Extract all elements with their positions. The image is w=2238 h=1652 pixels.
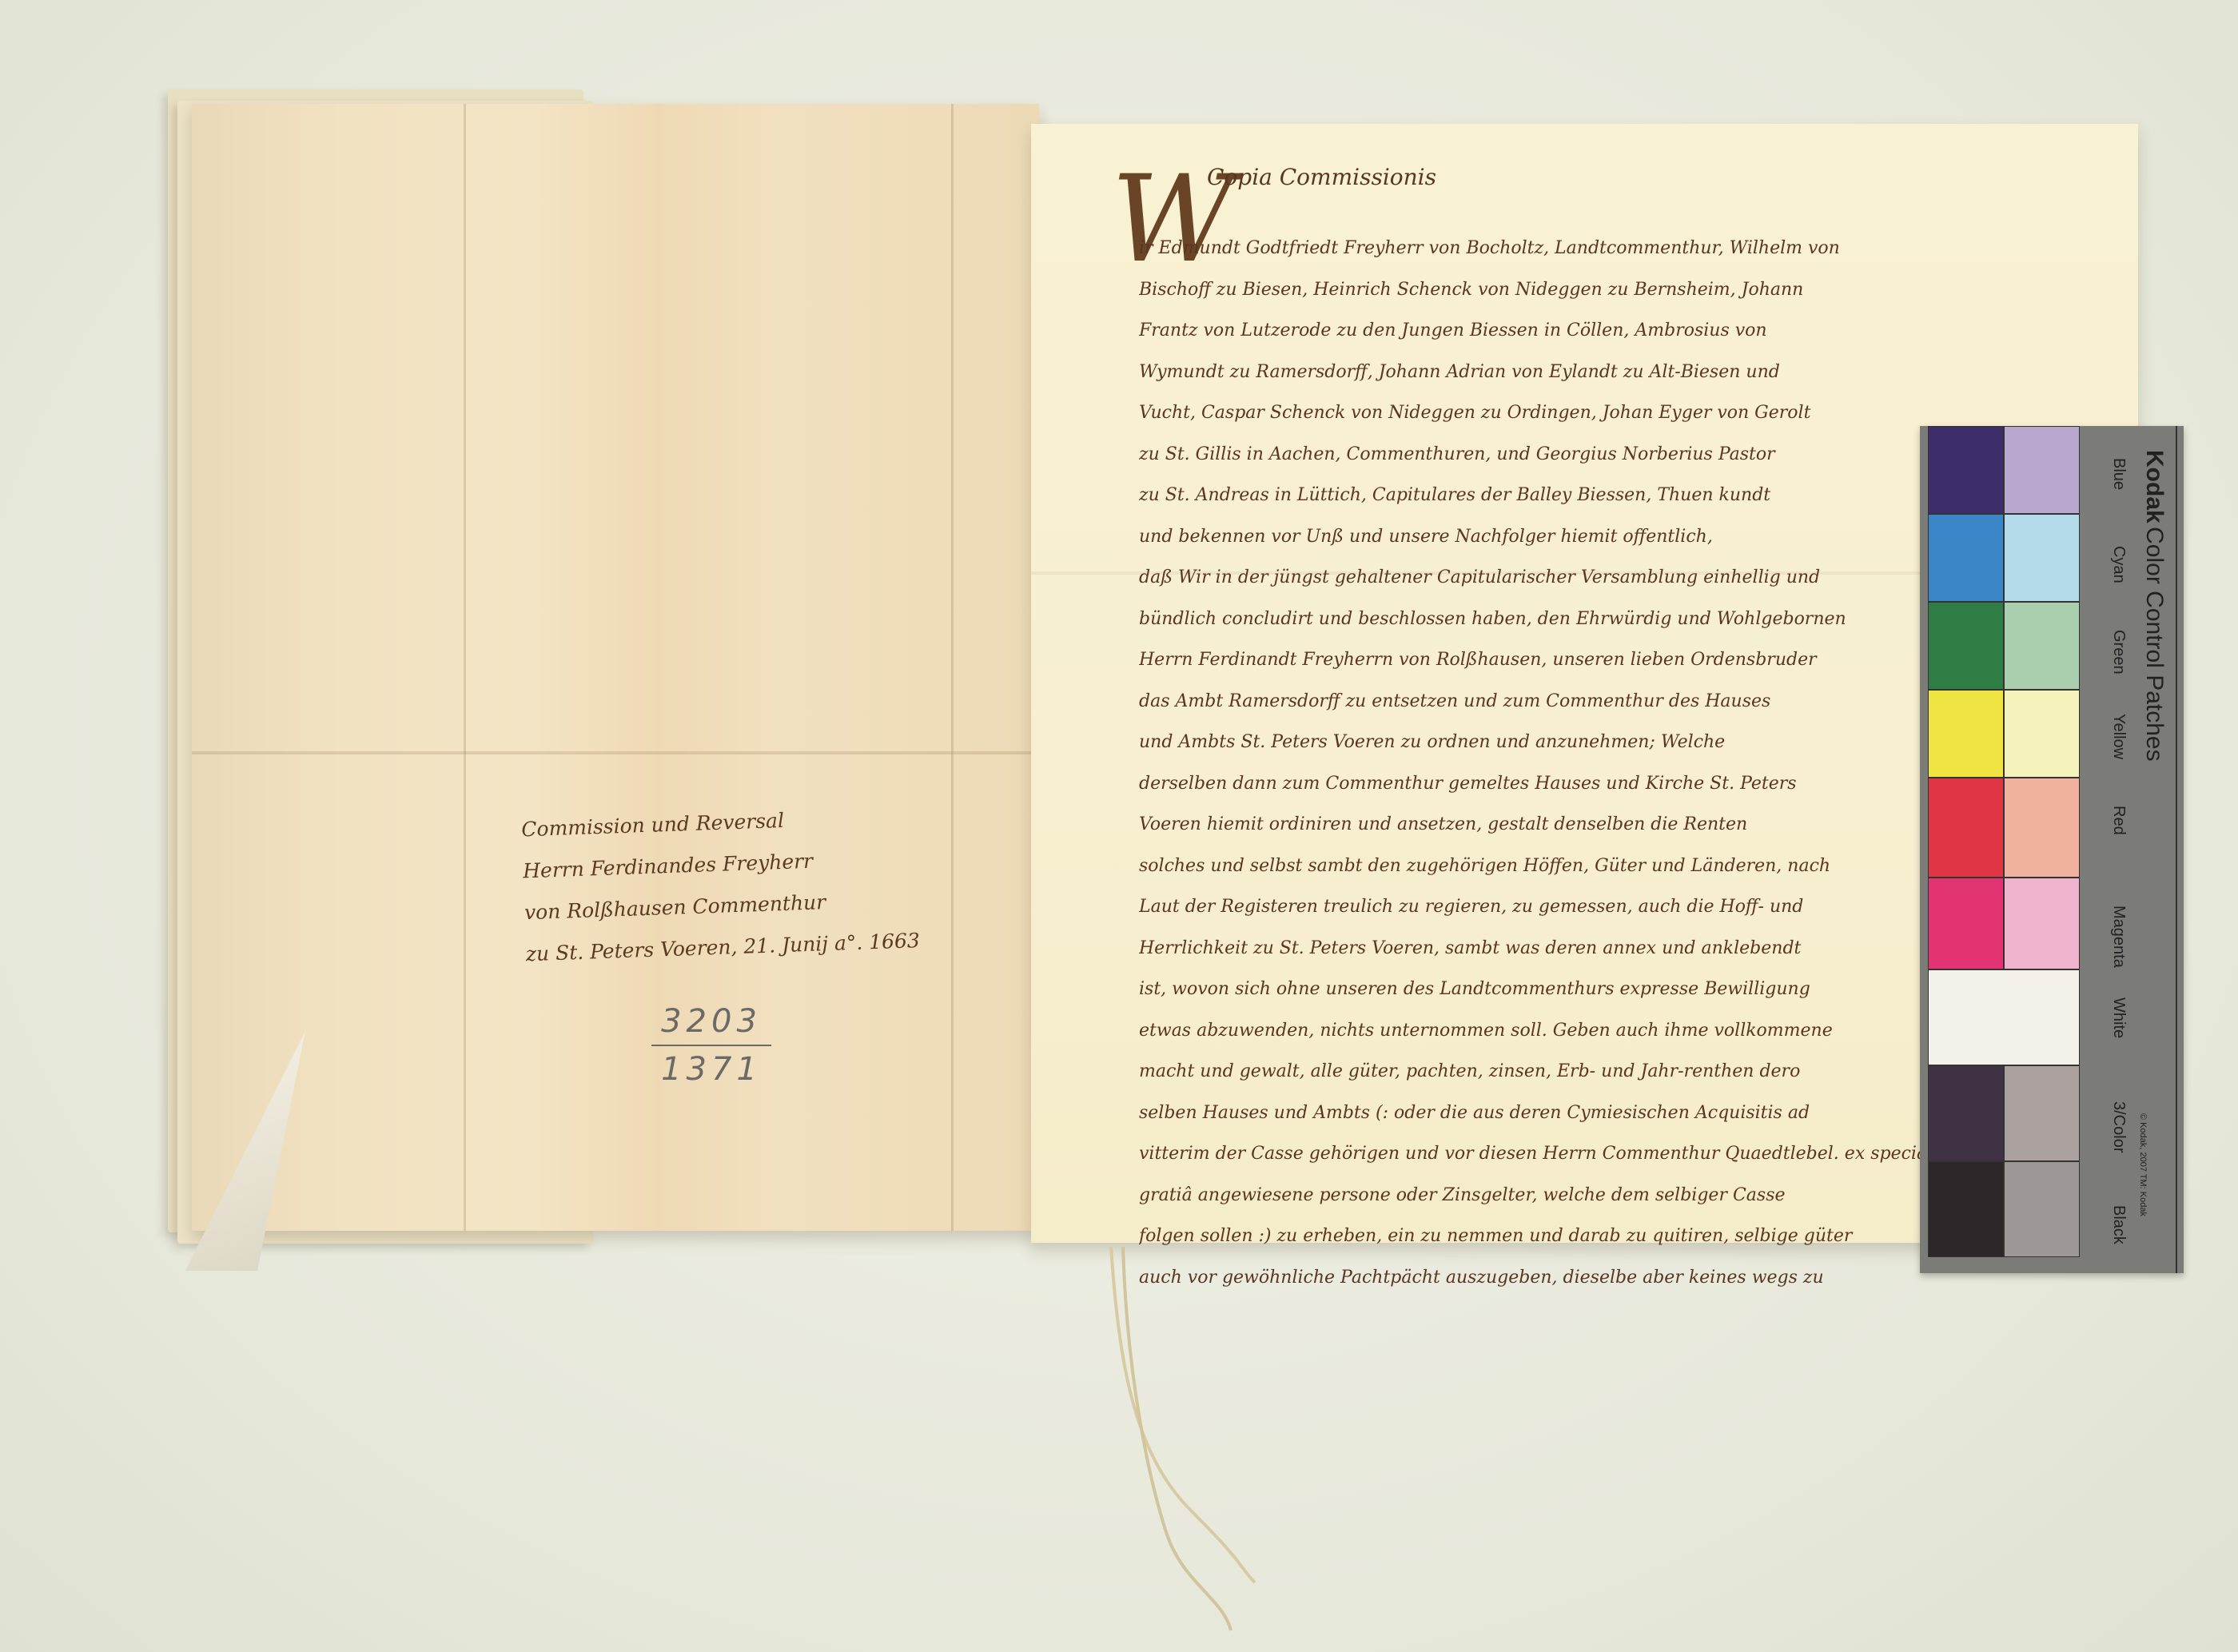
patch-magenta-light	[2004, 878, 2080, 969]
kodak-brand-title: Kodak Color Control Patches	[2140, 450, 2168, 762]
patch-label-blue: Blue	[2109, 458, 2128, 490]
patch-label-cyan: Cyan	[2109, 546, 2128, 583]
shelfmark-bottom: 1371	[651, 1051, 771, 1088]
left-folded-sheet	[192, 104, 1039, 1231]
vertical-fold-line	[951, 104, 954, 1231]
patch-label-black: Black	[2109, 1205, 2128, 1244]
shelfmark-divider	[651, 1045, 771, 1046]
patch-green-light	[2004, 602, 2080, 690]
patch-green-dark	[1928, 602, 2004, 690]
text-line: Frantz von Lutzerode zu den Jungen Biess…	[1139, 310, 2114, 352]
patch-white	[1928, 969, 2080, 1065]
binding-strings	[1103, 1247, 1263, 1646]
shelfmark: 3203 1371	[651, 1003, 771, 1088]
target-title: Color Control Patches	[2141, 527, 2168, 761]
patch-label-magenta: Magenta	[2109, 906, 2128, 968]
patch-red-light	[2004, 778, 2080, 878]
kodak-color-target: Kodak Color Control Patches Blue Cyan Gr…	[1920, 426, 2184, 1273]
patch-blue-light	[2004, 426, 2080, 514]
patch-label-green: Green	[2109, 630, 2128, 675]
kodak-logo-text: Kodak	[2141, 450, 2168, 523]
ruler-strip: Kodak Color Control Patches Blue Cyan Gr…	[2084, 426, 2184, 1273]
patch-cyan-light	[2004, 514, 2080, 602]
patch-cyan-dark	[1928, 514, 2004, 602]
ruler-edge	[2176, 426, 2177, 1273]
horizontal-fold-line	[192, 751, 1039, 754]
patch-label-white: White	[2109, 997, 2128, 1038]
endorsement-note: Commission und Reversal Herrn Ferdinande…	[520, 798, 862, 976]
text-line: Wymundt zu Ramersdorff, Johann Adrian vo…	[1139, 352, 2114, 393]
patch-yellow-light	[2004, 690, 2080, 778]
kodak-copyright: © Kodak, 2007 TM: Kodak	[2138, 1113, 2148, 1216]
patch-3color-dark	[1928, 1065, 2004, 1161]
vertical-fold-line	[464, 104, 466, 1231]
patch-label-yellow: Yellow	[2109, 714, 2128, 759]
text-line: ir Edmundt Godtfriedt Freyherr von Bocho…	[1139, 228, 2114, 269]
patch-red-dark	[1928, 778, 2004, 878]
shelfmark-top: 3203	[651, 1003, 771, 1040]
patch-magenta-dark	[1928, 878, 2004, 969]
patch-blue-dark	[1928, 426, 2004, 514]
patch-label-red: Red	[2109, 806, 2128, 835]
patch-black-dark	[1928, 1161, 2004, 1257]
patch-label-3color: 3/Color	[2109, 1101, 2128, 1152]
document-title: Copia Commissionis	[1207, 164, 1436, 190]
text-line: Bischoff zu Biesen, Heinrich Schenck von…	[1139, 269, 2114, 311]
patch-black-light	[2004, 1161, 2080, 1257]
patch-3color-light	[2004, 1065, 2080, 1161]
patch-yellow-dark	[1928, 690, 2004, 778]
